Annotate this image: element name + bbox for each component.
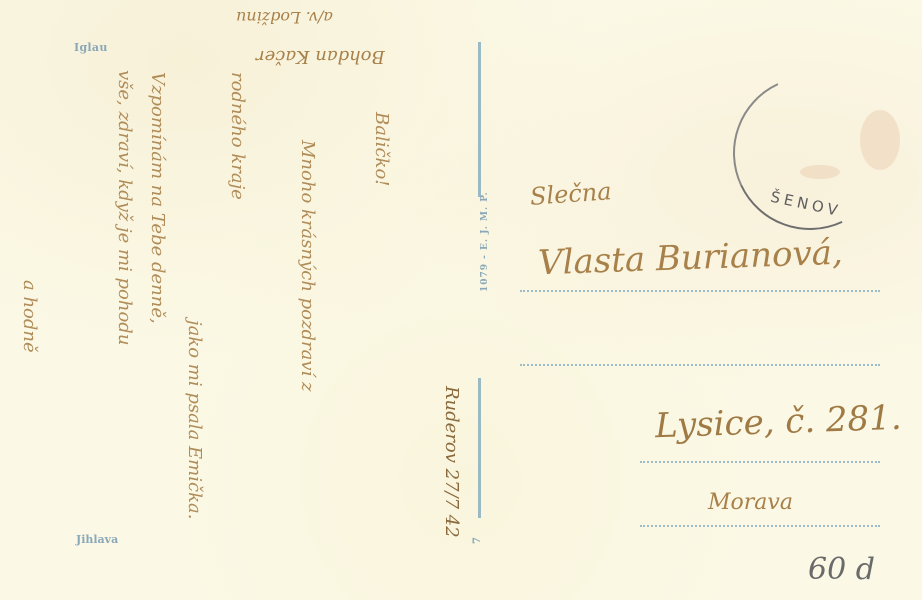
message-line: rodného kraje	[227, 72, 248, 200]
message-line: jako mi psala Emička.	[184, 320, 205, 519]
pencil-note: 60 d	[808, 552, 875, 587]
address-name: Vlasta Burianová,	[537, 233, 843, 284]
place-date: Ruderov 27/7 42	[441, 386, 462, 538]
address-region: Morava	[708, 490, 793, 515]
message-line: a hodně	[19, 280, 40, 353]
address-line-4	[640, 525, 880, 527]
message-greeting: Baličko!	[371, 112, 392, 187]
center-divider-top	[478, 42, 481, 197]
sender-line-2: a/v. Lodžinu	[236, 8, 333, 27]
message-line: vše, zdraví, když je mi pohodu	[114, 70, 135, 345]
address-salutation: Slečna	[529, 177, 612, 211]
address-street: Lysice, č. 281.	[654, 398, 902, 447]
address-line-3	[640, 461, 880, 463]
printed-place-czech: Jihlava	[76, 533, 118, 546]
center-divider-bottom	[478, 378, 481, 518]
postcard-back: Iglau Jihlava 1079 - E. J. M. P. 7 ŠENOV…	[0, 0, 922, 600]
address-line-1	[520, 290, 880, 292]
postmark-circle	[711, 54, 908, 251]
publisher-code: 1079 - E. J. M. P.	[480, 191, 490, 292]
card-number: 7	[472, 537, 483, 544]
address-line-2	[520, 364, 880, 366]
message-line: Mnoho krásných pozdraví z	[297, 140, 318, 391]
sender-line-1: Bohdan Kačer	[256, 46, 385, 67]
message-line: Vzpomínám na Tebe denně,	[147, 72, 168, 324]
printed-place-german: Iglau	[74, 41, 108, 54]
